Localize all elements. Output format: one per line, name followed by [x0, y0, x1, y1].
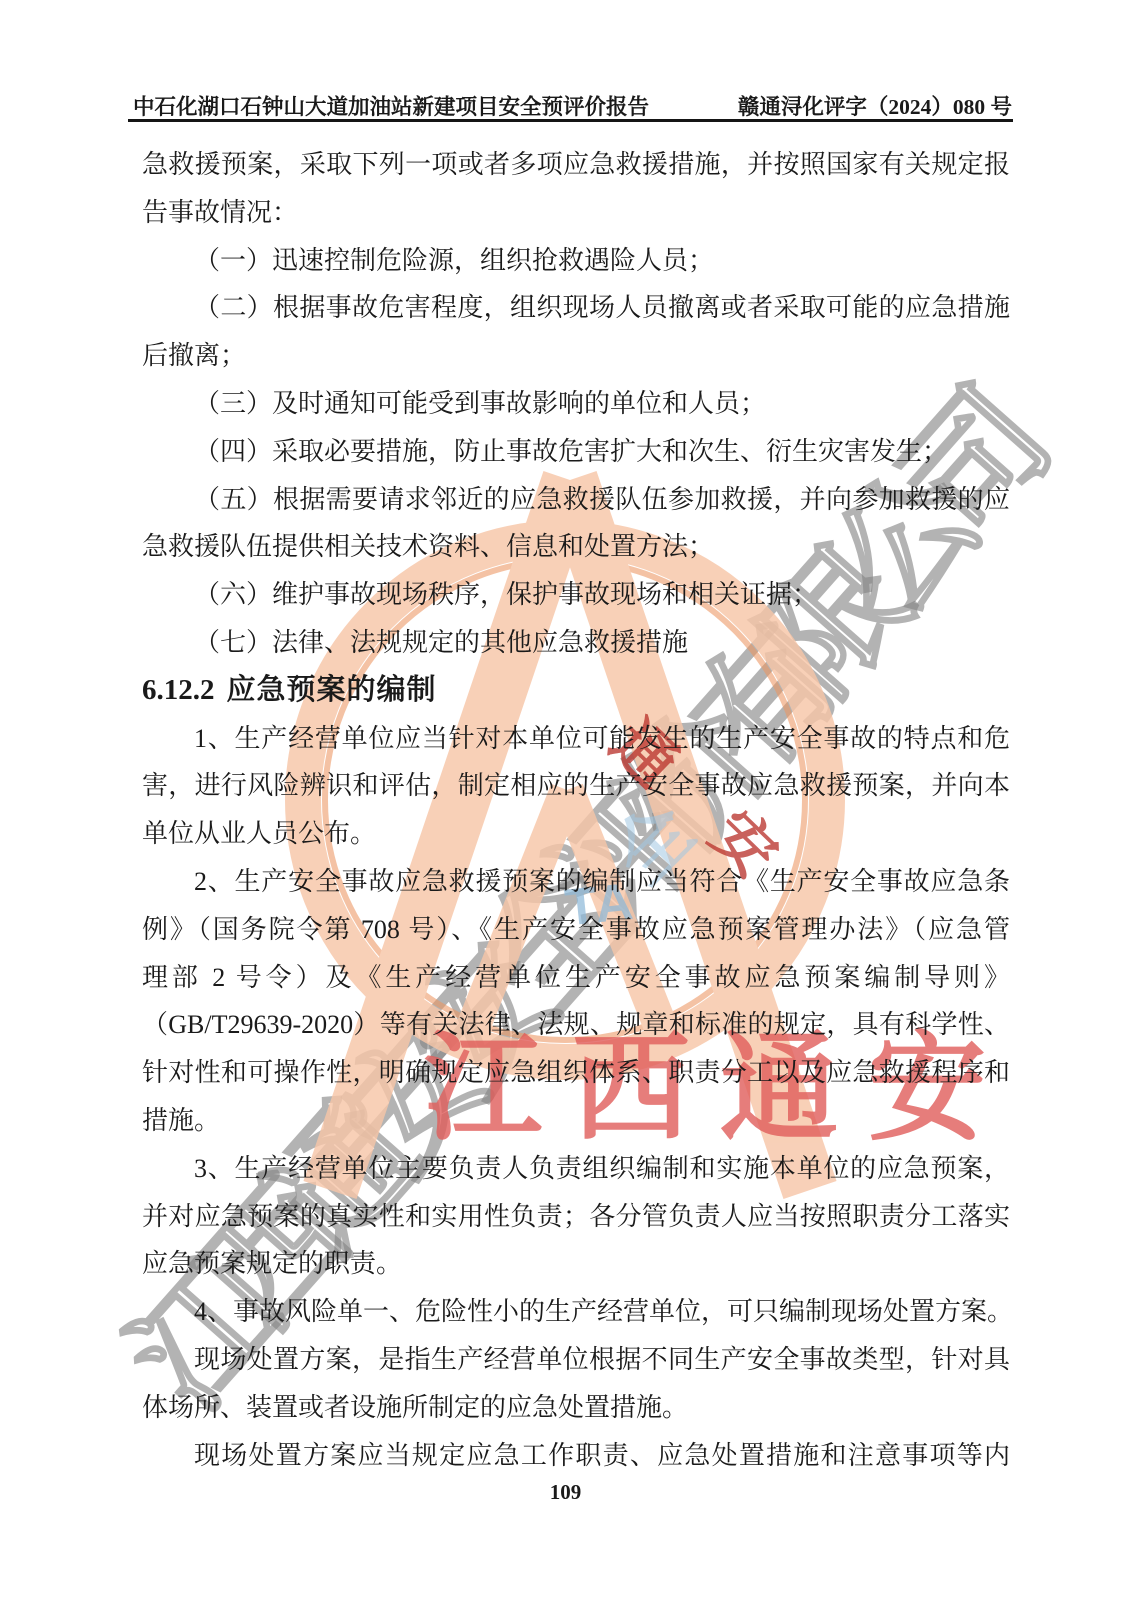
- body-line: 1、生产经营单位应当针对本单位可能发生的生产安全事故的特点和危: [142, 715, 1010, 763]
- body-line: 3、生产经营单位主要负责人负责组织编制和实施本单位的应急预案，: [142, 1145, 1010, 1193]
- body-line: 现场处置方案，是指生产经营单位根据不同生产安全事故类型，针对具: [142, 1336, 1010, 1384]
- body-line: 4、事故风险单一、危险性小的生产经营单位，可只编制现场处置方案。: [142, 1288, 1010, 1336]
- body-line: 现场处置方案应当规定应急工作职责、应急处置措施和注意事项等内: [142, 1432, 1010, 1480]
- body-line: 后撤离；: [142, 332, 1010, 380]
- body-line: 应急预案规定的职责。: [142, 1240, 1010, 1288]
- header-rule: [128, 119, 1013, 122]
- header-document-code: 赣通浔化评字（2024）080 号: [738, 90, 1012, 121]
- page-number: 109: [550, 1480, 582, 1504]
- body-line: （GB/T29639-2020）等有关法律、法规、规章和标准的规定，具有科学性、: [142, 1001, 1010, 1049]
- section-number: 6.12.2: [142, 674, 215, 706]
- body-line: （二）根据事故危害程度，组织现场人员撤离或者采取可能的应急措施: [142, 284, 1010, 332]
- body-line: 2、生产安全事故应急救援预案的编制应当符合《生产安全事故应急条: [142, 858, 1010, 906]
- body-line: （一）迅速控制危险源，组织抢救遇险人员；: [142, 237, 1010, 285]
- body-line: 告事故情况：: [142, 189, 1010, 237]
- document-page: 江西通安安全评价有限公司 全 TA 通 安 江西通安 中石化湖口石钟山大道加油站…: [0, 0, 1131, 1600]
- section-title: 应急预案的编制: [227, 674, 437, 706]
- body-line: 针对性和可操作性，明确规定应急组织体系、职责分工以及应急救援程序和: [142, 1049, 1010, 1097]
- body-line: 例》（国务院令第 708 号）、《生产安全事故应急预案管理办法》（应急管: [142, 906, 1010, 954]
- body-line: 理部 2 号令）及《生产经营单位生产安全事故应急预案编制导则》: [142, 954, 1010, 1002]
- body-line: （六）维护事故现场秩序，保护事故现场和相关证据；: [142, 571, 1010, 619]
- body-line: （七）法律、法规规定的其他应急救援措施: [142, 619, 1010, 667]
- body-line: 急救援队伍提供相关技术资料、信息和处置方法；: [142, 523, 1010, 571]
- body-text: 急救援预案，采取下列一项或者多项应急救援措施，并按照国家有关规定报 告事故情况：…: [142, 141, 1010, 1479]
- body-line: 并对应急预案的真实性和实用性负责；各分管负责人应当按照职责分工落实: [142, 1193, 1010, 1241]
- body-line: 害，进行风险辨识和评估，制定相应的生产安全事故应急救援预案，并向本: [142, 762, 1010, 810]
- body-line: 单位从业人员公布。: [142, 810, 1010, 858]
- section-heading: 6.12.2应急预案的编制: [142, 667, 1010, 715]
- header-report-title: 中石化湖口石钟山大道加油站新建项目安全预评价报告: [133, 90, 649, 121]
- page-footer: 109: [0, 1480, 1131, 1505]
- body-line: （三）及时通知可能受到事故影响的单位和人员；: [142, 380, 1010, 428]
- body-line: （四）采取必要措施，防止事故危害扩大和次生、衍生灾害发生；: [142, 428, 1010, 476]
- body-line: （五）根据需要请求邻近的应急救援队伍参加救援，并向参加救援的应: [142, 476, 1010, 524]
- body-line: 措施。: [142, 1097, 1010, 1145]
- body-line: 急救援预案，采取下列一项或者多项应急救援措施，并按照国家有关规定报: [142, 141, 1010, 189]
- body-line: 体场所、装置或者设施所制定的应急处置措施。: [142, 1384, 1010, 1432]
